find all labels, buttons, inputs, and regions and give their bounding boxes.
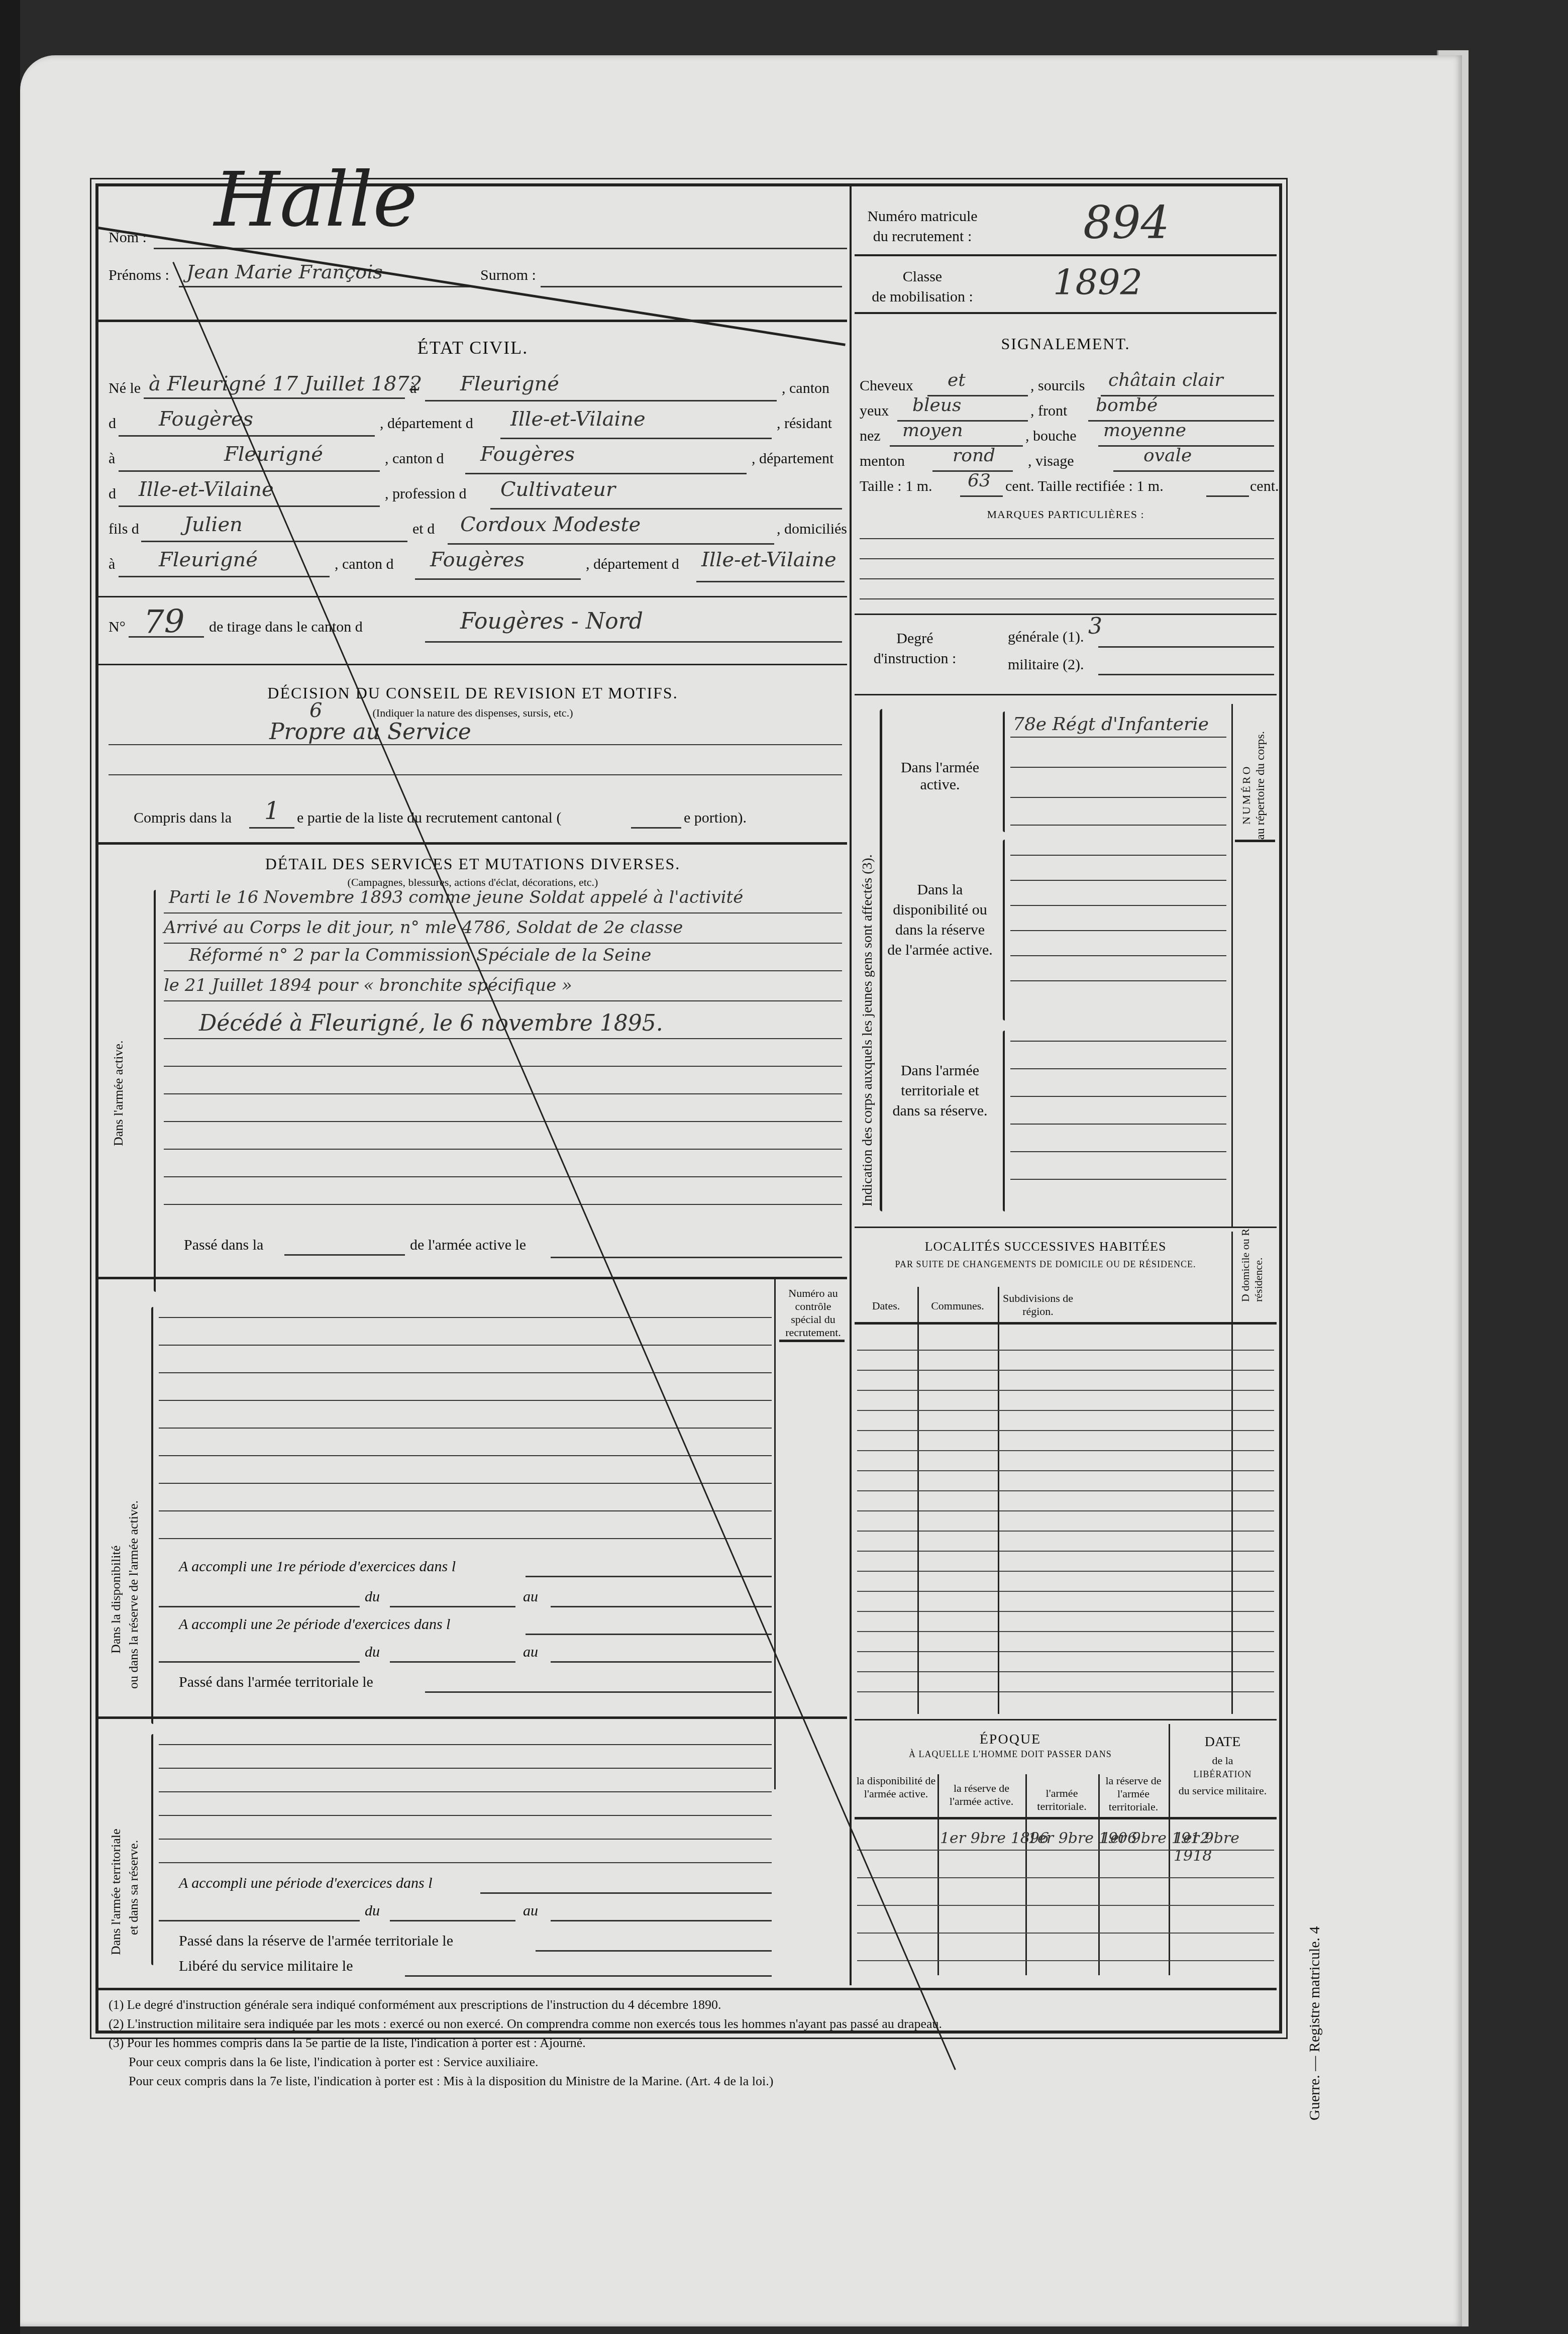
periode2-label: A accompli une 2e période d'exercices da… <box>179 1616 450 1633</box>
services-side-label: Dans l'armée active. <box>111 1041 126 1146</box>
epoque-subtitle: À LAQUELLE L'HOMME DOIT PASSER DANS <box>855 1749 1166 1760</box>
corps-side-label: Indication des corps auxquels les jeunes… <box>860 854 876 1206</box>
profession-label: , profession d <box>385 485 466 502</box>
pere-line <box>141 541 407 542</box>
ne-le-line <box>144 397 405 399</box>
numero-repertoire-divider <box>1231 704 1233 1227</box>
localites-col-divider <box>917 1498 919 1714</box>
passe-territoriale-label: Passé dans l'armée territoriale le <box>179 1674 373 1691</box>
territoriale-au-line <box>551 1920 772 1921</box>
pere-value: Julien <box>184 513 243 536</box>
localites-row <box>857 1510 1274 1511</box>
compris-partie-value: 1 <box>264 797 280 825</box>
corps-line <box>1010 1179 1226 1180</box>
service-entry: Réformé n° 2 par la Commission Spéciale … <box>189 945 651 965</box>
localites-divider <box>855 1719 1277 1720</box>
periode2-du-label: du <box>365 1644 380 1661</box>
periode2-line <box>526 1634 772 1635</box>
numero-controle-rule <box>779 1340 845 1342</box>
nez-label: nez <box>860 428 881 445</box>
disponibilite-line <box>159 1317 772 1318</box>
service-line <box>164 1038 842 1039</box>
localites-subtitle: PAR SUITE DE CHANGEMENTS DE DOMICILE OU … <box>855 1259 1236 1270</box>
visage-value: ovale <box>1143 445 1192 466</box>
surname-handwritten: Halle <box>214 156 417 244</box>
marques-line <box>860 598 1274 599</box>
instruction-generale-line <box>1098 646 1274 648</box>
localites-row <box>857 1470 1274 1471</box>
corps-line <box>1010 880 1226 881</box>
corps-line <box>1010 1041 1226 1042</box>
numero-repertoire-rule <box>1235 840 1275 842</box>
territoriale-side-label-1: Dans l'armée territoriale <box>109 1829 124 1955</box>
periode2-au-line <box>551 1661 772 1663</box>
disponibilite-line <box>159 1345 772 1346</box>
decision-line-1 <box>109 744 842 745</box>
canton-value: Fougères <box>159 408 253 431</box>
localites-col-dates: Dates. <box>855 1299 917 1312</box>
localites-col-dr: D domicile ou R résidence. <box>1239 1227 1265 1302</box>
localites-col-subdivisions: Subdivisions de région. <box>998 1292 1078 1318</box>
footnotes: (1) Le degré d'instruction générale sera… <box>109 1995 1269 2091</box>
corps-line <box>1010 1124 1226 1125</box>
instruction-label-1: Degré <box>857 629 973 649</box>
numero-repertoire-label-2: au répertoire du corps. <box>1254 731 1268 840</box>
localites-col-divider <box>917 1287 919 1498</box>
corps-disponibilite-label: Dans la disponibilité ou dans la réserve… <box>887 880 993 960</box>
passe-arme-line <box>284 1254 405 1256</box>
liberation-title: DATE <box>1171 1734 1274 1750</box>
periode1-du-pre-line <box>159 1606 360 1607</box>
cheveux-value: et <box>948 370 966 390</box>
disponibilite-line <box>159 1372 772 1373</box>
corps-territoriale-label: Dans l'armée territoriale et dans sa rés… <box>887 1061 993 1121</box>
taille-label-1: Taille : 1 m. <box>860 478 932 495</box>
instruction-militaire-line <box>1098 674 1274 675</box>
residence-canton-value: Fougères <box>480 443 575 466</box>
compris-label-1: Compris dans la <box>134 809 232 827</box>
decision-divider <box>98 842 847 845</box>
profession-value: Cultivateur <box>500 478 615 501</box>
periode2-du-pre-line <box>159 1661 360 1663</box>
classe-value: 1892 <box>1053 262 1142 303</box>
residence-value: Fleurigné <box>224 443 323 466</box>
bouche-label: , bouche <box>1025 428 1077 445</box>
taille-rectifiee-line <box>1206 495 1249 497</box>
service-line <box>164 1121 842 1122</box>
territoriale-line <box>159 1839 772 1840</box>
taille-label-2: cent. Taille rectifiée : 1 m. <box>1005 478 1164 495</box>
localites-col-communes: Communes. <box>917 1299 998 1312</box>
periode1-au-line <box>551 1606 772 1607</box>
epoque-row <box>857 1905 1274 1906</box>
localites-row <box>857 1410 1274 1411</box>
territoriale-brace <box>151 1734 153 1965</box>
decision-value: Propre au Service <box>269 719 471 745</box>
liberation-sub-3: du service militaire. <box>1171 1784 1274 1797</box>
sourcils-label: , sourcils <box>1030 377 1085 394</box>
etat-civil-divider <box>98 596 847 597</box>
menton-value: rond <box>953 445 995 466</box>
territoriale-line <box>159 1862 772 1863</box>
service-line <box>164 943 842 944</box>
fils-de-label: fils d <box>109 521 139 538</box>
epoque-row <box>857 1877 1274 1878</box>
epoque-row <box>857 1933 1274 1934</box>
epoque-col-disponibilite: la disponibilité de l'armée active. <box>855 1774 937 1800</box>
yeux-value: bleus <box>912 395 962 416</box>
disponibilite-brace <box>151 1307 153 1724</box>
taille-label-3: cent. <box>1250 478 1279 495</box>
yeux-label: yeux <box>860 402 889 420</box>
corps-line <box>1010 797 1226 798</box>
decision-line-2 <box>109 774 842 775</box>
residant-label: , résidant <box>777 415 832 432</box>
service-line <box>164 1176 842 1177</box>
lieu-naissance-line <box>425 400 777 401</box>
departement-label: , département d <box>380 415 473 432</box>
service-line <box>164 912 842 914</box>
domicilies-label: , domiciliés <box>777 521 847 538</box>
marques-line <box>860 578 1274 579</box>
surnom-line <box>541 286 842 287</box>
corps-line <box>1010 767 1226 768</box>
corps-disponibilite-brace <box>1003 840 1005 1021</box>
tirage-no-label: N° <box>109 619 126 636</box>
localites-row <box>857 1551 1274 1552</box>
canton-line <box>119 435 375 437</box>
front-label: , front <box>1030 402 1067 420</box>
corps-active-label: Dans l'armée active. <box>887 759 993 793</box>
localites-row <box>857 1571 1274 1572</box>
periode1-du-line <box>390 1606 515 1607</box>
signalement-title: SIGNALEMENT. <box>855 335 1277 353</box>
footnote-3: (3) Pour les hommes compris dans la 5e p… <box>109 2034 1269 2053</box>
liberation-sub-2: LIBÉRATION <box>1171 1769 1274 1780</box>
residence-dept-d-label: d <box>109 485 116 502</box>
taille-cm-value: 63 <box>968 470 991 491</box>
libere-line <box>405 1975 772 1977</box>
localites-row <box>857 1370 1274 1371</box>
territoriale-periode-line <box>480 1892 772 1894</box>
residence-departement-label: , département <box>752 450 833 467</box>
libere-label: Libéré du service militaire le <box>179 1958 353 1975</box>
localites-row <box>857 1490 1274 1491</box>
corps-line <box>1010 825 1226 826</box>
instruction-label-2: d'instruction : <box>857 649 973 669</box>
instruction-label: Degré d'instruction : <box>857 629 973 669</box>
localites-row <box>857 1390 1274 1391</box>
compris-label-3: e portion). <box>684 809 747 827</box>
periode2-au-label: au <box>523 1644 538 1661</box>
disponibilite-line <box>159 1455 772 1456</box>
localites-row <box>857 1450 1274 1451</box>
a-label: à <box>410 380 416 397</box>
footnote-3b: Pour ceux compris dans la 6e liste, l'in… <box>109 2053 1269 2072</box>
register-form-frame: Halle Nom : Prénoms : Jean Marie Françoi… <box>95 183 1282 2034</box>
disponibilite-line <box>159 1510 772 1511</box>
epoque-row <box>857 1850 1274 1851</box>
epoque-row <box>857 1960 1274 1961</box>
menton-label: menton <box>860 453 905 470</box>
territoriale-periode-label: A accompli une période d'exercices dans … <box>179 1875 433 1892</box>
et-de-label: et d <box>412 521 435 538</box>
bouche-value: moyenne <box>1103 420 1186 441</box>
service-line <box>164 1066 842 1067</box>
services-title: DÉTAIL DES SERVICES ET MUTATIONS DIVERSE… <box>98 855 847 873</box>
footnote-3c: Pour ceux compris dans la 7e liste, l'in… <box>109 2072 1269 2091</box>
tirage-divider <box>98 664 847 665</box>
liberation-value: 1er 9bre 1918 <box>1174 1830 1279 1865</box>
tirage-label: de tirage dans le canton d <box>209 619 363 636</box>
parents-departement-label: , département d <box>586 556 679 573</box>
classe-label: Classe de mobilisation : <box>857 267 988 307</box>
residence-line <box>119 470 380 472</box>
service-line <box>164 1149 842 1150</box>
signalement-divider <box>855 614 1277 615</box>
disponibilite-divider <box>98 1716 847 1719</box>
register-footer-label: Guerre. — Registre matricule. 4 <box>1306 1926 1323 2120</box>
periode1-line <box>526 1576 772 1577</box>
passe-date-line <box>551 1257 842 1258</box>
canton-d-label: d <box>109 415 116 432</box>
disponibilite-side-label-1: Dans la disponibilité <box>109 1546 124 1654</box>
instruction-generale-label: générale (1). <box>1008 629 1084 646</box>
periode1-du-label: du <box>365 1588 380 1605</box>
localites-title: LOCALITÉS SUCCESSIVES HABITÉES <box>855 1239 1236 1254</box>
passe-reserve-label: Passé dans la réserve de l'armée territo… <box>179 1933 453 1950</box>
instruction-militaire-label: militaire (2). <box>1008 656 1084 673</box>
services-brace <box>154 890 156 1292</box>
periode2-du-line <box>390 1661 515 1663</box>
service-entry: le 21 Juillet 1894 pour « bronchite spéc… <box>164 975 572 995</box>
parents-a-label: à <box>109 556 115 573</box>
decision-subtitle: (Indiquer la nature des dispenses, sursi… <box>98 706 847 720</box>
ne-le-label: Né le <box>109 380 141 397</box>
corps-line <box>1010 955 1226 956</box>
front-value: bombé <box>1096 395 1158 416</box>
portion-line <box>631 827 681 829</box>
localites-row <box>857 1531 1274 1532</box>
territoriale-du-label: du <box>365 1902 380 1919</box>
residence-canton-line <box>465 473 747 474</box>
decision-title: DÉCISION DU CONSEIL DE REVISION ET MOTIF… <box>98 684 847 702</box>
footnotes-divider <box>98 1988 1277 1990</box>
footnote-1: (1) Le degré d'instruction générale sera… <box>109 1995 1269 2014</box>
canton-label: , canton <box>782 380 829 397</box>
corps-territoriale-brace <box>1003 1031 1005 1211</box>
corps-active-brace <box>1003 712 1005 832</box>
service-entry: Arrivé au Corps le dit jour, n° mle 4786… <box>164 918 683 938</box>
tirage-canton-line <box>425 641 842 643</box>
disponibilite-line <box>159 1428 772 1429</box>
identity-divider <box>98 320 847 322</box>
parents-canton-line <box>415 578 581 580</box>
territoriale-du-pre-line <box>159 1920 360 1921</box>
localites-dr-divider <box>1231 1232 1233 1498</box>
footnote-2: (2) L'instruction militaire sera indiqué… <box>109 2014 1269 2034</box>
numero-repertoire-label-1: NUMÉRO <box>1240 765 1253 825</box>
parents-commune-value: Fleurigné <box>159 548 258 571</box>
localites-col-divider <box>998 1498 999 1714</box>
book-binding <box>0 0 20 2334</box>
ne-le-value: à Fleurigné 17 Juillet 1872 <box>149 372 422 395</box>
mere-line <box>448 543 774 545</box>
cheveux-label: Cheveux <box>860 377 913 394</box>
instruction-divider <box>855 694 1277 695</box>
surnom-label: Surnom : <box>480 267 536 284</box>
marques-label: MARQUES PARTICULIÈRES : <box>855 508 1277 521</box>
epoque-col-reserve-active: la réserve de l'armée active. <box>937 1782 1025 1808</box>
service-line <box>164 1204 842 1205</box>
residence-departement-value: Ille-et-Vilaine <box>139 478 274 501</box>
localites-row <box>857 1591 1274 1592</box>
numero-matricule-value: 894 <box>1083 196 1170 249</box>
periode1-label: A accompli une 1re période d'exercices d… <box>179 1558 456 1575</box>
corps-line <box>1010 855 1226 856</box>
service-entry-deces: Décédé à Fleurigné, le 6 novembre 1895. <box>199 1010 663 1036</box>
localites-row <box>857 1611 1274 1612</box>
disponibilite-line <box>159 1483 772 1484</box>
profession-line <box>490 508 842 510</box>
service-line <box>164 1000 842 1001</box>
localites-header-rule <box>855 1322 1277 1325</box>
numero-matricule-label-2: du recrutement : <box>857 227 988 247</box>
classe-label-1: Classe <box>857 267 988 287</box>
passe-label-1: Passé dans la <box>184 1237 263 1254</box>
corps-line <box>1010 1151 1226 1152</box>
passe-territoriale-line <box>425 1691 772 1693</box>
tirage-no-line <box>129 636 204 638</box>
visage-line <box>1113 470 1274 472</box>
liberation-sub-1: de la <box>1171 1754 1274 1767</box>
nom-line <box>154 248 847 249</box>
departement-value: Ille-et-Vilaine <box>510 408 646 431</box>
tirage-no-value: 79 <box>144 603 184 641</box>
numero-matricule-label: Numéro matricule du recrutement : <box>857 207 988 247</box>
epoque-title: ÉPOQUE <box>855 1732 1166 1748</box>
corps-line <box>1010 930 1226 931</box>
corps-line <box>1010 905 1226 906</box>
prenoms-value: Jean Marie François <box>186 261 383 283</box>
column-divider <box>850 186 852 1985</box>
parents-canton-label: , canton d <box>335 556 393 573</box>
parents-departement-value: Ille-et-Vilaine <box>701 548 837 571</box>
parents-departement-line <box>696 581 845 582</box>
disponibilite-line <box>159 1400 772 1401</box>
territoriale-au-label: au <box>523 1902 538 1919</box>
localites-dr-divider <box>1231 1498 1233 1714</box>
residence-departement-line <box>119 505 380 507</box>
classe-divider <box>855 312 1277 314</box>
matricule-divider <box>855 254 1277 256</box>
sourcils-value: châtain clair <box>1108 370 1223 390</box>
disponibilite-line <box>159 1538 772 1539</box>
epoque-col-territoriale: l'armée territoriale. <box>1025 1787 1098 1813</box>
marques-line <box>860 558 1274 559</box>
tirage-canton-value: Fougères - Nord <box>460 608 643 634</box>
territoriale-line <box>159 1791 772 1792</box>
corps-line <box>1010 980 1226 981</box>
periode1-au-label: au <box>523 1588 538 1605</box>
service-line <box>164 970 842 971</box>
services-divider <box>98 1277 847 1279</box>
residence-canton-label: , canton d <box>385 450 444 467</box>
territoriale-line <box>159 1744 772 1745</box>
lieu-naissance-value: Fleurigné <box>460 372 559 395</box>
localites-row <box>857 1430 1274 1431</box>
disponibilite-side-label-2: ou dans la réserve de l'armée active. <box>126 1500 141 1689</box>
instruction-generale-value: 3 <box>1088 614 1102 639</box>
epoque-col-reserve-territoriale: la réserve de l'armée territoriale. <box>1098 1774 1169 1813</box>
passe-reserve-line <box>536 1950 772 1952</box>
service-entry: Parti le 16 Novembre 1893 comme jeune So… <box>169 887 743 907</box>
territoriale-line <box>159 1815 772 1816</box>
compris-label-2: e partie de la liste du recrutement cant… <box>297 809 561 827</box>
classe-label-2: de mobilisation : <box>857 287 988 307</box>
mere-value: Cordoux Modeste <box>460 513 641 536</box>
departement-line <box>500 438 772 439</box>
corps-active-value: 78e Régt d'Infanterie <box>1013 714 1209 735</box>
taille-cm-line <box>960 495 1003 497</box>
service-line <box>164 1093 842 1094</box>
corps-line <box>1010 1068 1226 1069</box>
corps-divider <box>855 1227 1277 1228</box>
territoriale-side-label-2: et dans sa réserve. <box>126 1840 141 1935</box>
numero-controle-label: Numéro au contrôle spécial du recrutemen… <box>779 1287 847 1339</box>
passe-label-2: de l'armée active le <box>410 1237 526 1254</box>
compris-partie-line <box>249 827 294 829</box>
corps-brace <box>880 709 882 1211</box>
localites-row <box>857 1671 1274 1672</box>
parents-canton-value: Fougères <box>430 548 525 571</box>
prenoms-label: Prénoms : <box>109 267 169 284</box>
localites-row <box>857 1631 1274 1632</box>
marques-line <box>860 538 1274 539</box>
nez-value: moyen <box>902 420 963 441</box>
visage-label: , visage <box>1028 453 1074 470</box>
corps-line <box>1010 737 1226 738</box>
epoque-header-rule <box>855 1817 1277 1819</box>
prenoms-line <box>179 286 470 287</box>
localites-row <box>857 1651 1274 1652</box>
territoriale-line <box>159 1768 772 1769</box>
numero-matricule-label-1: Numéro matricule <box>857 207 988 227</box>
territoriale-du-line <box>390 1920 515 1921</box>
localites-col-divider <box>998 1287 999 1498</box>
localites-row <box>857 1691 1274 1692</box>
parents-commune-line <box>119 576 330 577</box>
residence-a-label: à <box>109 450 115 467</box>
numero-controle-divider <box>774 1279 776 1789</box>
localites-row <box>857 1350 1274 1351</box>
corps-line <box>1010 1096 1226 1097</box>
